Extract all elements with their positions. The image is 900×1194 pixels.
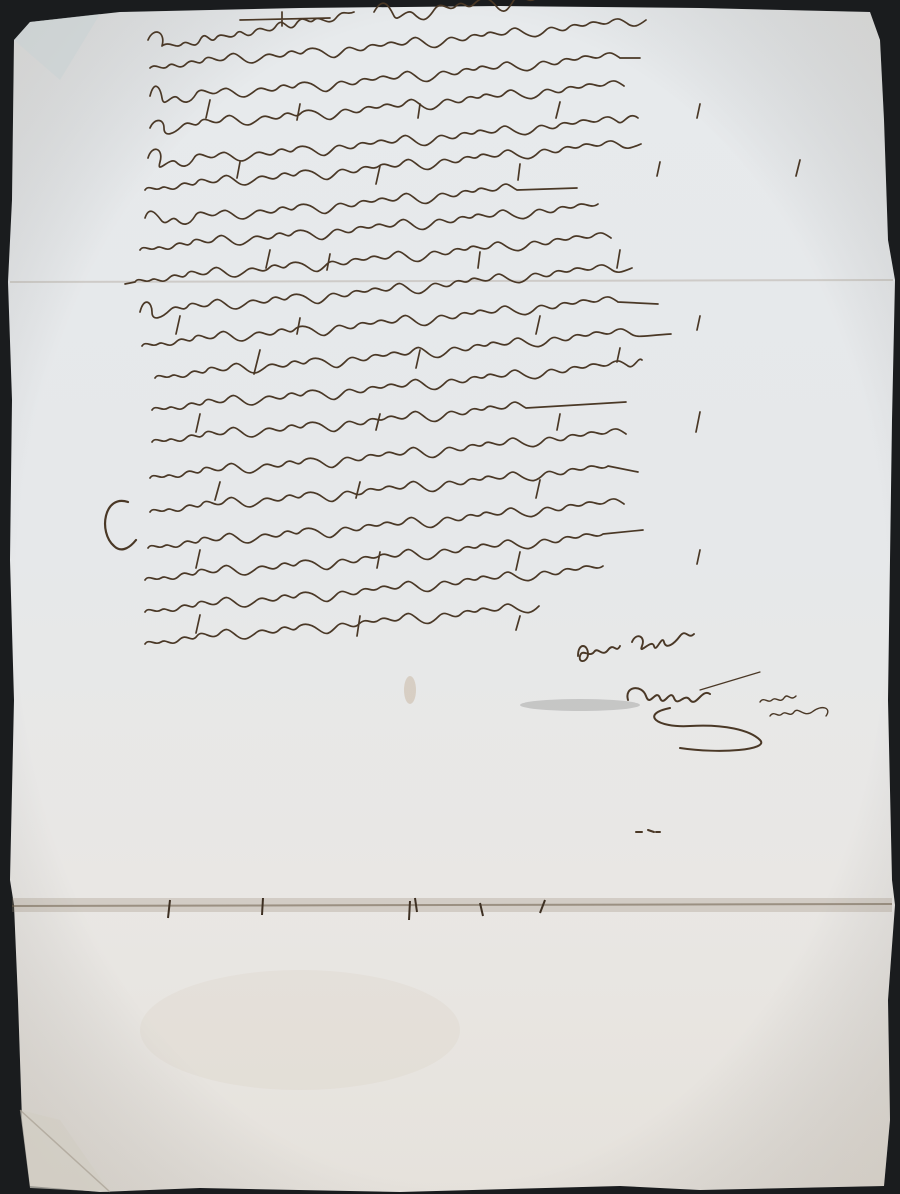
margin-bracket	[105, 501, 136, 549]
manuscript-page: early modern secretary hand (illegible c…	[0, 0, 900, 1194]
handwriting-ink	[0, 0, 900, 1194]
